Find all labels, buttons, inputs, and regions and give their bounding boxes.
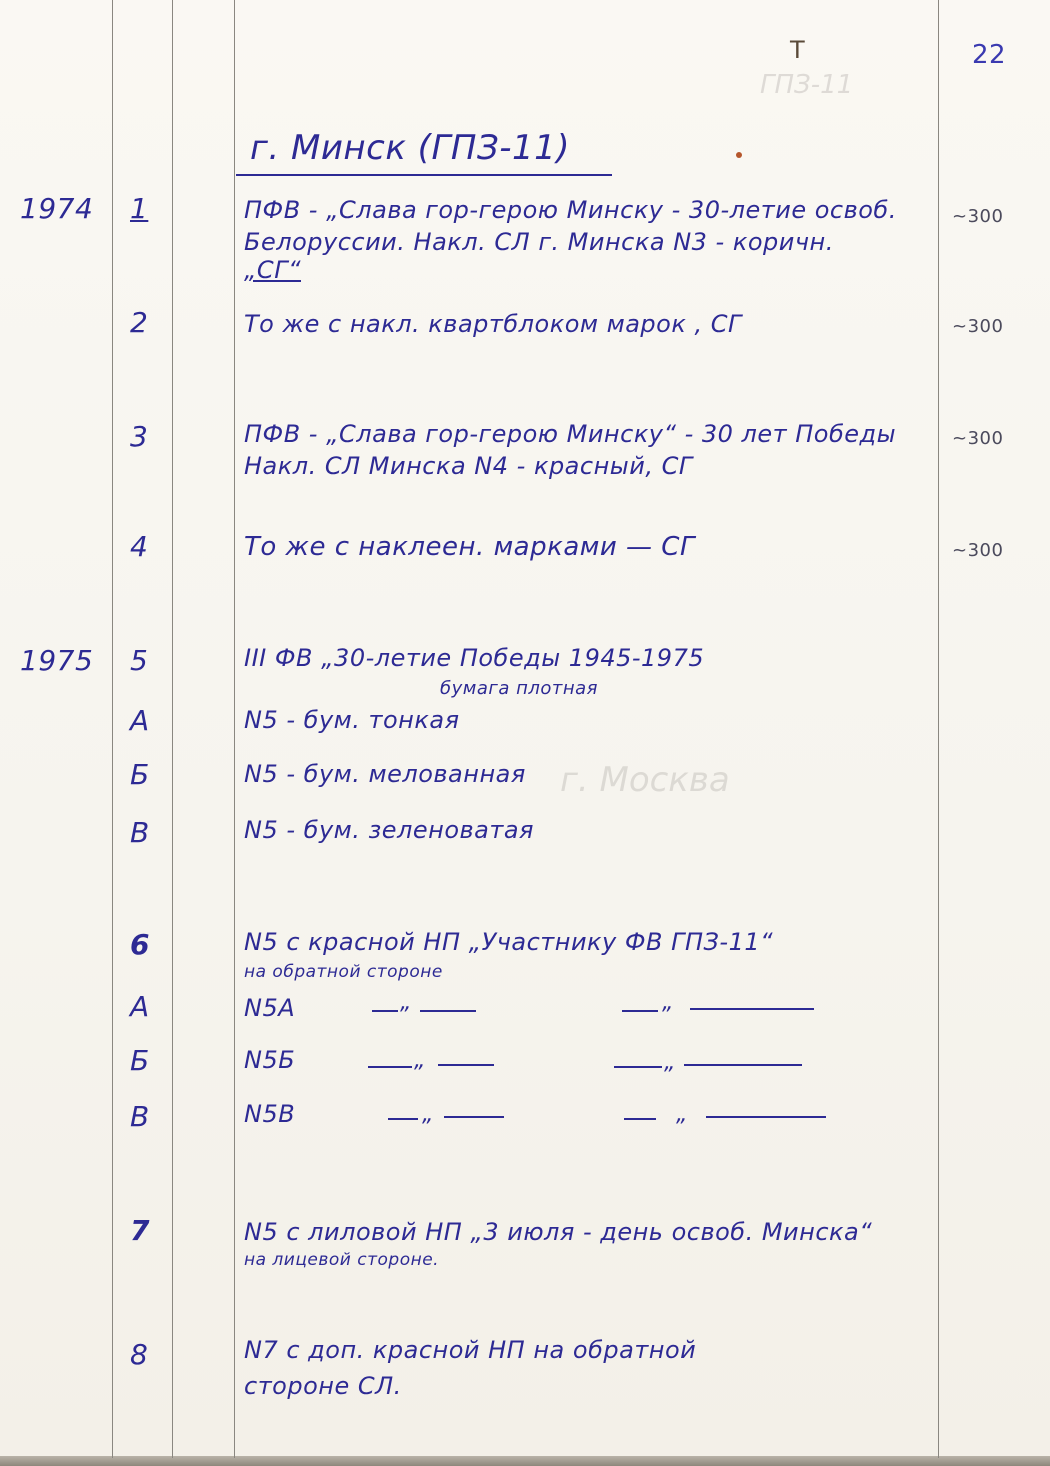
column-divider-year [112,0,113,1458]
ditto-dash [438,1064,494,1066]
entry-description: N5Б [244,1046,295,1074]
bleed-through-text: г. Москва [560,760,730,800]
entry-number: 1 [130,192,148,225]
ditto-dash [690,1008,814,1010]
ditto-dash [368,1066,412,1068]
entry-number: Б [130,758,150,791]
entry-number: А [130,990,150,1023]
entry-description: N5 - бум. тонкая [244,706,460,734]
entry-number: 6 [130,928,150,961]
entry-subnote: бумага плотная [440,678,598,699]
column-divider-price [938,0,939,1458]
entry-number: 4 [130,530,148,563]
entry-number: В [130,1100,150,1133]
ink-spot [736,152,742,158]
entry-year: 1974 [20,192,93,225]
ditto-dash [614,1066,662,1068]
entry-description: N5А [244,994,295,1022]
ditto-mark: „ [676,1102,688,1127]
ditto-mark: „ [422,1102,434,1127]
entry-price: ~300 [952,206,1003,227]
entry-description: Накл. СЛ Минска N4 - красный, СГ [244,452,693,480]
ditto-dash [684,1064,802,1066]
entry-price: ~300 [952,540,1003,561]
ditto-mark: „ [414,1048,426,1073]
ditto-dash [622,1010,658,1012]
entry-number: 7 [130,1214,150,1247]
entry-price: ~300 [952,428,1003,449]
ditto-dash [420,1010,476,1012]
entry-number: Б [130,1044,150,1077]
ditto-dash [388,1118,418,1120]
entry-number: 8 [130,1338,148,1371]
entry-description: N5 с красной НП „Участнику ФВ ГПЗ-11“ [244,928,773,956]
entry-number: В [130,816,150,849]
page-edge [0,1456,1050,1466]
bleed-through-text: ГПЗ-11 [760,70,853,100]
column-divider-number [172,0,173,1458]
entry-description: N5В [244,1100,295,1128]
entry-description: ПФВ - „Слава гор-герою Минску - 30-летие… [244,196,897,224]
ditto-dash [706,1116,826,1118]
ditto-mark: „ [662,990,674,1015]
entry-description: N7 с доп. красной НП на обратной [244,1336,696,1364]
entry-number: 3 [130,420,148,453]
ditto-mark: „ [400,990,412,1015]
entry-description: N5 - бум. зеленоватая [244,816,534,844]
entry-description: Белоруссии. Накл. СЛ г. Минска N3 - кори… [244,228,834,256]
entry-number: А [130,704,150,737]
ditto-dash [624,1118,656,1120]
entry-number: 5 [130,644,148,677]
entry-description: То же с наклеен. марками — СГ [244,532,695,562]
entry-description: III ФВ „30-летие Победы 1945-1975 [244,644,704,672]
page-title: г. Минск (ГПЗ-11) [250,128,570,168]
entry-description: N5 - бум. мелованная [244,760,526,788]
title-underline [236,174,612,176]
page-number: 22 [972,40,1006,70]
ditto-dash [372,1010,398,1012]
ditto-dash [444,1116,504,1118]
entry-description: стороне СЛ. [244,1372,402,1400]
entry-description: „СГ“ [244,256,301,284]
column-divider-description [234,0,235,1458]
entry-subnote: на обратной стороне [244,962,443,982]
entry-description: То же с накл. квартблоком марок , СГ [244,310,742,338]
entry-number: 2 [130,306,148,339]
entry-price: ~300 [952,316,1003,337]
entry-description: ПФВ - „Слава гор-герою Минску“ - 30 лет … [244,420,896,448]
corner-mark: Т [790,36,805,64]
entry-subnote: на лицевой стороне. [244,1250,439,1270]
ditto-mark: „ [664,1050,676,1075]
entry-year: 1975 [20,644,93,677]
entry-description: N5 с лиловой НП „3 июля - день освоб. Ми… [244,1218,872,1246]
